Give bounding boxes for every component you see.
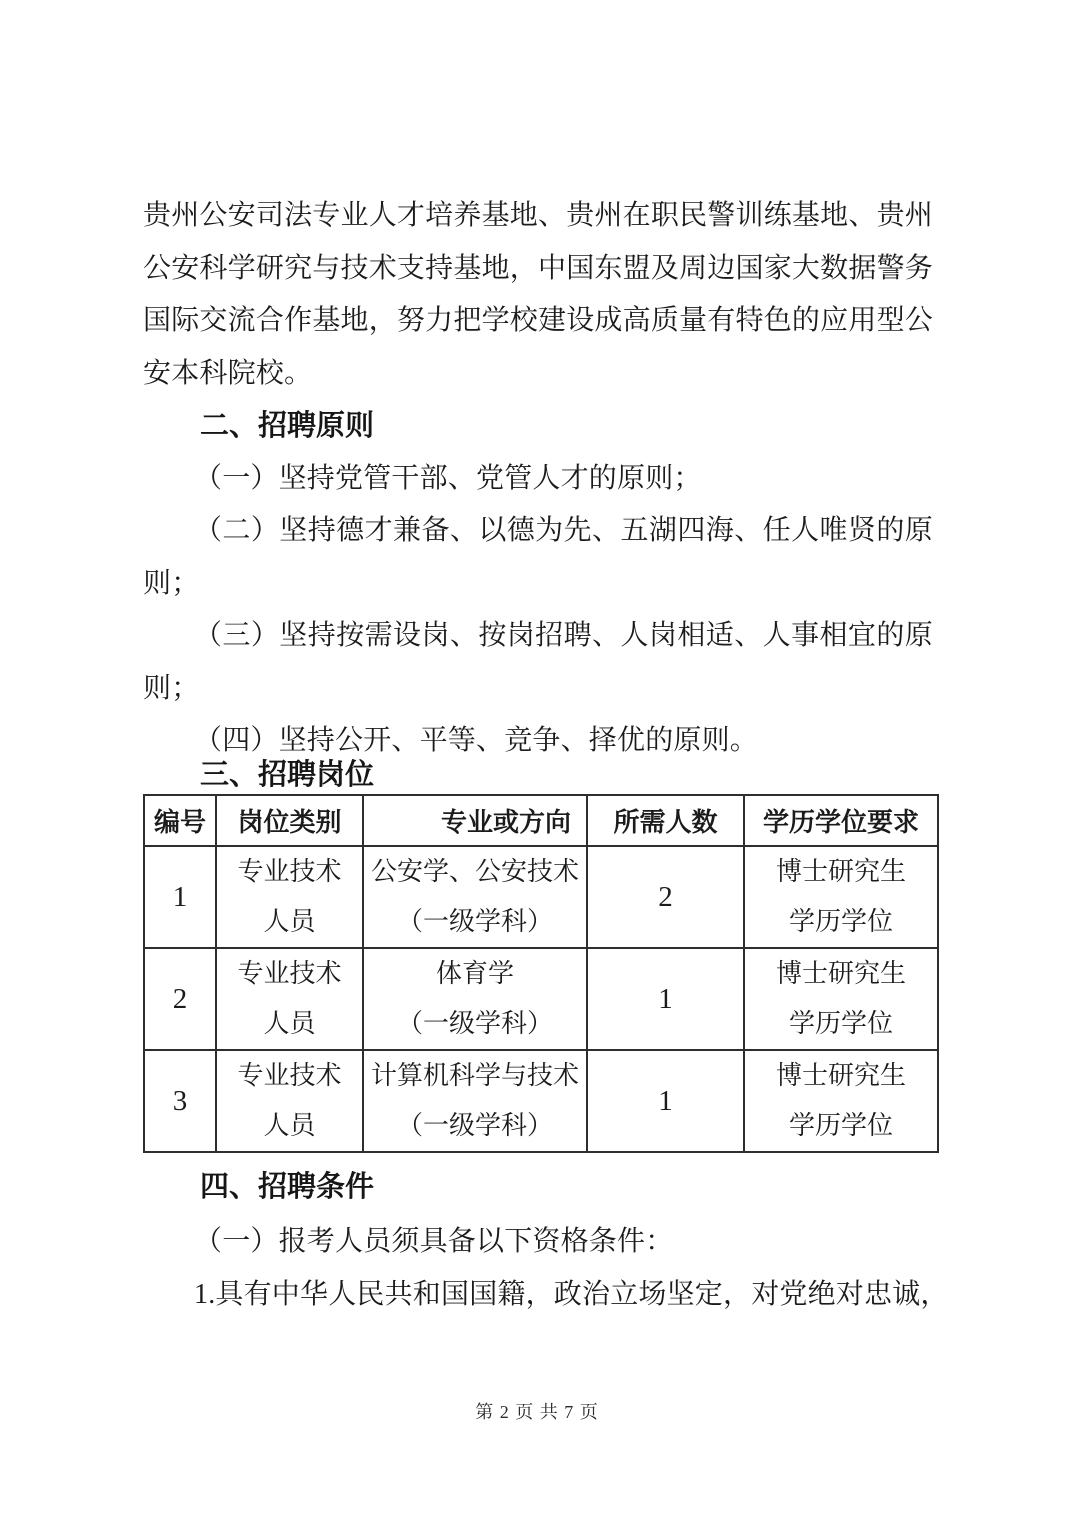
header-cell-major: 专业或方向: [363, 795, 587, 846]
cell-degree: 博士研究生 学历学位: [744, 846, 938, 948]
paragraph-line: （二）坚持德才兼备、以德为先、五湖四海、任人唯贤的原: [143, 505, 933, 558]
cell-line: 博士研究生: [745, 847, 937, 897]
cell-line: 计算机科学与技术: [364, 1051, 586, 1101]
principle-item-2: （二）坚持德才兼备、以德为先、五湖四海、任人唯贤的原 则；: [143, 505, 937, 610]
header-cell-degree: 学历学位要求: [744, 795, 938, 846]
cell-major: 计算机科学与技术 （一级学科）: [363, 1050, 587, 1152]
positions-table-wrapper: 编号 岗位类别 专业或方向 所需人数 学历学位要求 1 专业技术 人员 公安学、…: [143, 794, 937, 1153]
paragraph-line: 安本科院校。: [143, 348, 937, 401]
paragraph-line: （三）坚持按需设岗、按岗招聘、人岗相适、人事相宜的原: [143, 610, 933, 663]
cell-line: （一级学科）: [364, 897, 586, 947]
table-row: 3 专业技术 人员 计算机科学与技术 （一级学科） 1 博士研究生 学历学位: [144, 1050, 938, 1152]
principle-item-3: （三）坚持按需设岗、按岗招聘、人岗相适、人事相宜的原 则；: [143, 610, 937, 715]
paragraph-line: （一）报考人员须具备以下资格条件：: [143, 1216, 937, 1269]
cell-line: 学历学位: [745, 897, 937, 947]
cell-no: 1: [144, 846, 216, 948]
paragraph-line: 则；: [143, 558, 937, 611]
cell-line: （一级学科）: [364, 999, 586, 1049]
row-number: 1: [145, 882, 215, 912]
cell-line: 专业技术: [217, 1051, 362, 1101]
cell-line: 专业技术: [217, 949, 362, 999]
requirement-item-2: 1.具有中华人民共和国国籍，政治立场坚定，对党绝对忠诚，: [143, 1269, 937, 1322]
header-cell-count: 所需人数: [587, 795, 744, 846]
paragraph-line: 国际交流合作基地，努力把学校建设成高质量有特色的应用型公: [143, 295, 933, 348]
cell-degree: 博士研究生 学历学位: [744, 948, 938, 1050]
table-row: 1 专业技术 人员 公安学、公安技术 （一级学科） 2 博士研究生 学历学位: [144, 846, 938, 948]
paragraph-line: 1.具有中华人民共和国国籍，政治立场坚定，对党绝对忠诚，: [143, 1269, 937, 1322]
cell-major: 公安学、公安技术 （一级学科）: [363, 846, 587, 948]
cell-category: 专业技术 人员: [216, 948, 363, 1050]
cell-line: 博士研究生: [745, 949, 937, 999]
page-number: 第 2 页 共 7 页: [0, 1398, 1074, 1424]
cell-line: 专业技术: [217, 847, 362, 897]
count-value: 1: [588, 984, 743, 1014]
principle-item-1: （一）坚持党管干部、党管人才的原则；: [143, 453, 937, 506]
cell-line: 学历学位: [745, 999, 937, 1049]
paragraph-line: （一）坚持党管干部、党管人才的原则；: [143, 453, 937, 506]
cell-line: 博士研究生: [745, 1051, 937, 1101]
row-number: 3: [145, 1086, 215, 1116]
header-cell-category: 岗位类别: [216, 795, 363, 846]
section-heading-principles: 二、招聘原则: [143, 402, 994, 450]
cell-major: 体育学 （一级学科）: [363, 948, 587, 1050]
cell-line: 人员: [217, 999, 362, 1049]
count-value: 2: [588, 882, 743, 912]
paragraph-line: 公安科学研究与技术支持基地，中国东盟及周边国家大数据警务: [143, 243, 933, 296]
cell-line: 公安学、公安技术: [364, 847, 586, 897]
section-heading-requirements: 四、招聘条件: [143, 1163, 994, 1211]
cell-category: 专业技术 人员: [216, 846, 363, 948]
cell-no: 3: [144, 1050, 216, 1152]
requirement-item-1: （一）报考人员须具备以下资格条件：: [143, 1216, 937, 1269]
cell-count: 2: [587, 846, 744, 948]
cell-no: 2: [144, 948, 216, 1050]
cell-category: 专业技术 人员: [216, 1050, 363, 1152]
cell-line: 体育学: [364, 949, 586, 999]
cell-count: 1: [587, 1050, 744, 1152]
cell-line: 人员: [217, 897, 362, 947]
header-cell-no: 编号: [144, 795, 216, 846]
cell-line: 人员: [217, 1101, 362, 1151]
paragraph-line: 贵州公安司法专业人才培养基地、贵州在职民警训练基地、贵州: [143, 190, 933, 243]
paragraph-line: 则；: [143, 663, 937, 716]
count-value: 1: [588, 1086, 743, 1116]
document-page: 贵州公安司法专业人才培养基地、贵州在职民警训练基地、贵州 公安科学研究与技术支持…: [0, 0, 1074, 1520]
positions-table: 编号 岗位类别 专业或方向 所需人数 学历学位要求 1 专业技术 人员 公安学、…: [143, 794, 939, 1153]
cell-line: 学历学位: [745, 1101, 937, 1151]
intro-paragraph: 贵州公安司法专业人才培养基地、贵州在职民警训练基地、贵州 公安科学研究与技术支持…: [143, 190, 937, 400]
table-header-row: 编号 岗位类别 专业或方向 所需人数 学历学位要求: [144, 795, 938, 846]
cell-degree: 博士研究生 学历学位: [744, 1050, 938, 1152]
table-row: 2 专业技术 人员 体育学 （一级学科） 1 博士研究生 学历学位: [144, 948, 938, 1050]
cell-line: （一级学科）: [364, 1101, 586, 1151]
cell-count: 1: [587, 948, 744, 1050]
section-heading-positions: 三、招聘岗位: [143, 751, 994, 799]
row-number: 2: [145, 984, 215, 1014]
